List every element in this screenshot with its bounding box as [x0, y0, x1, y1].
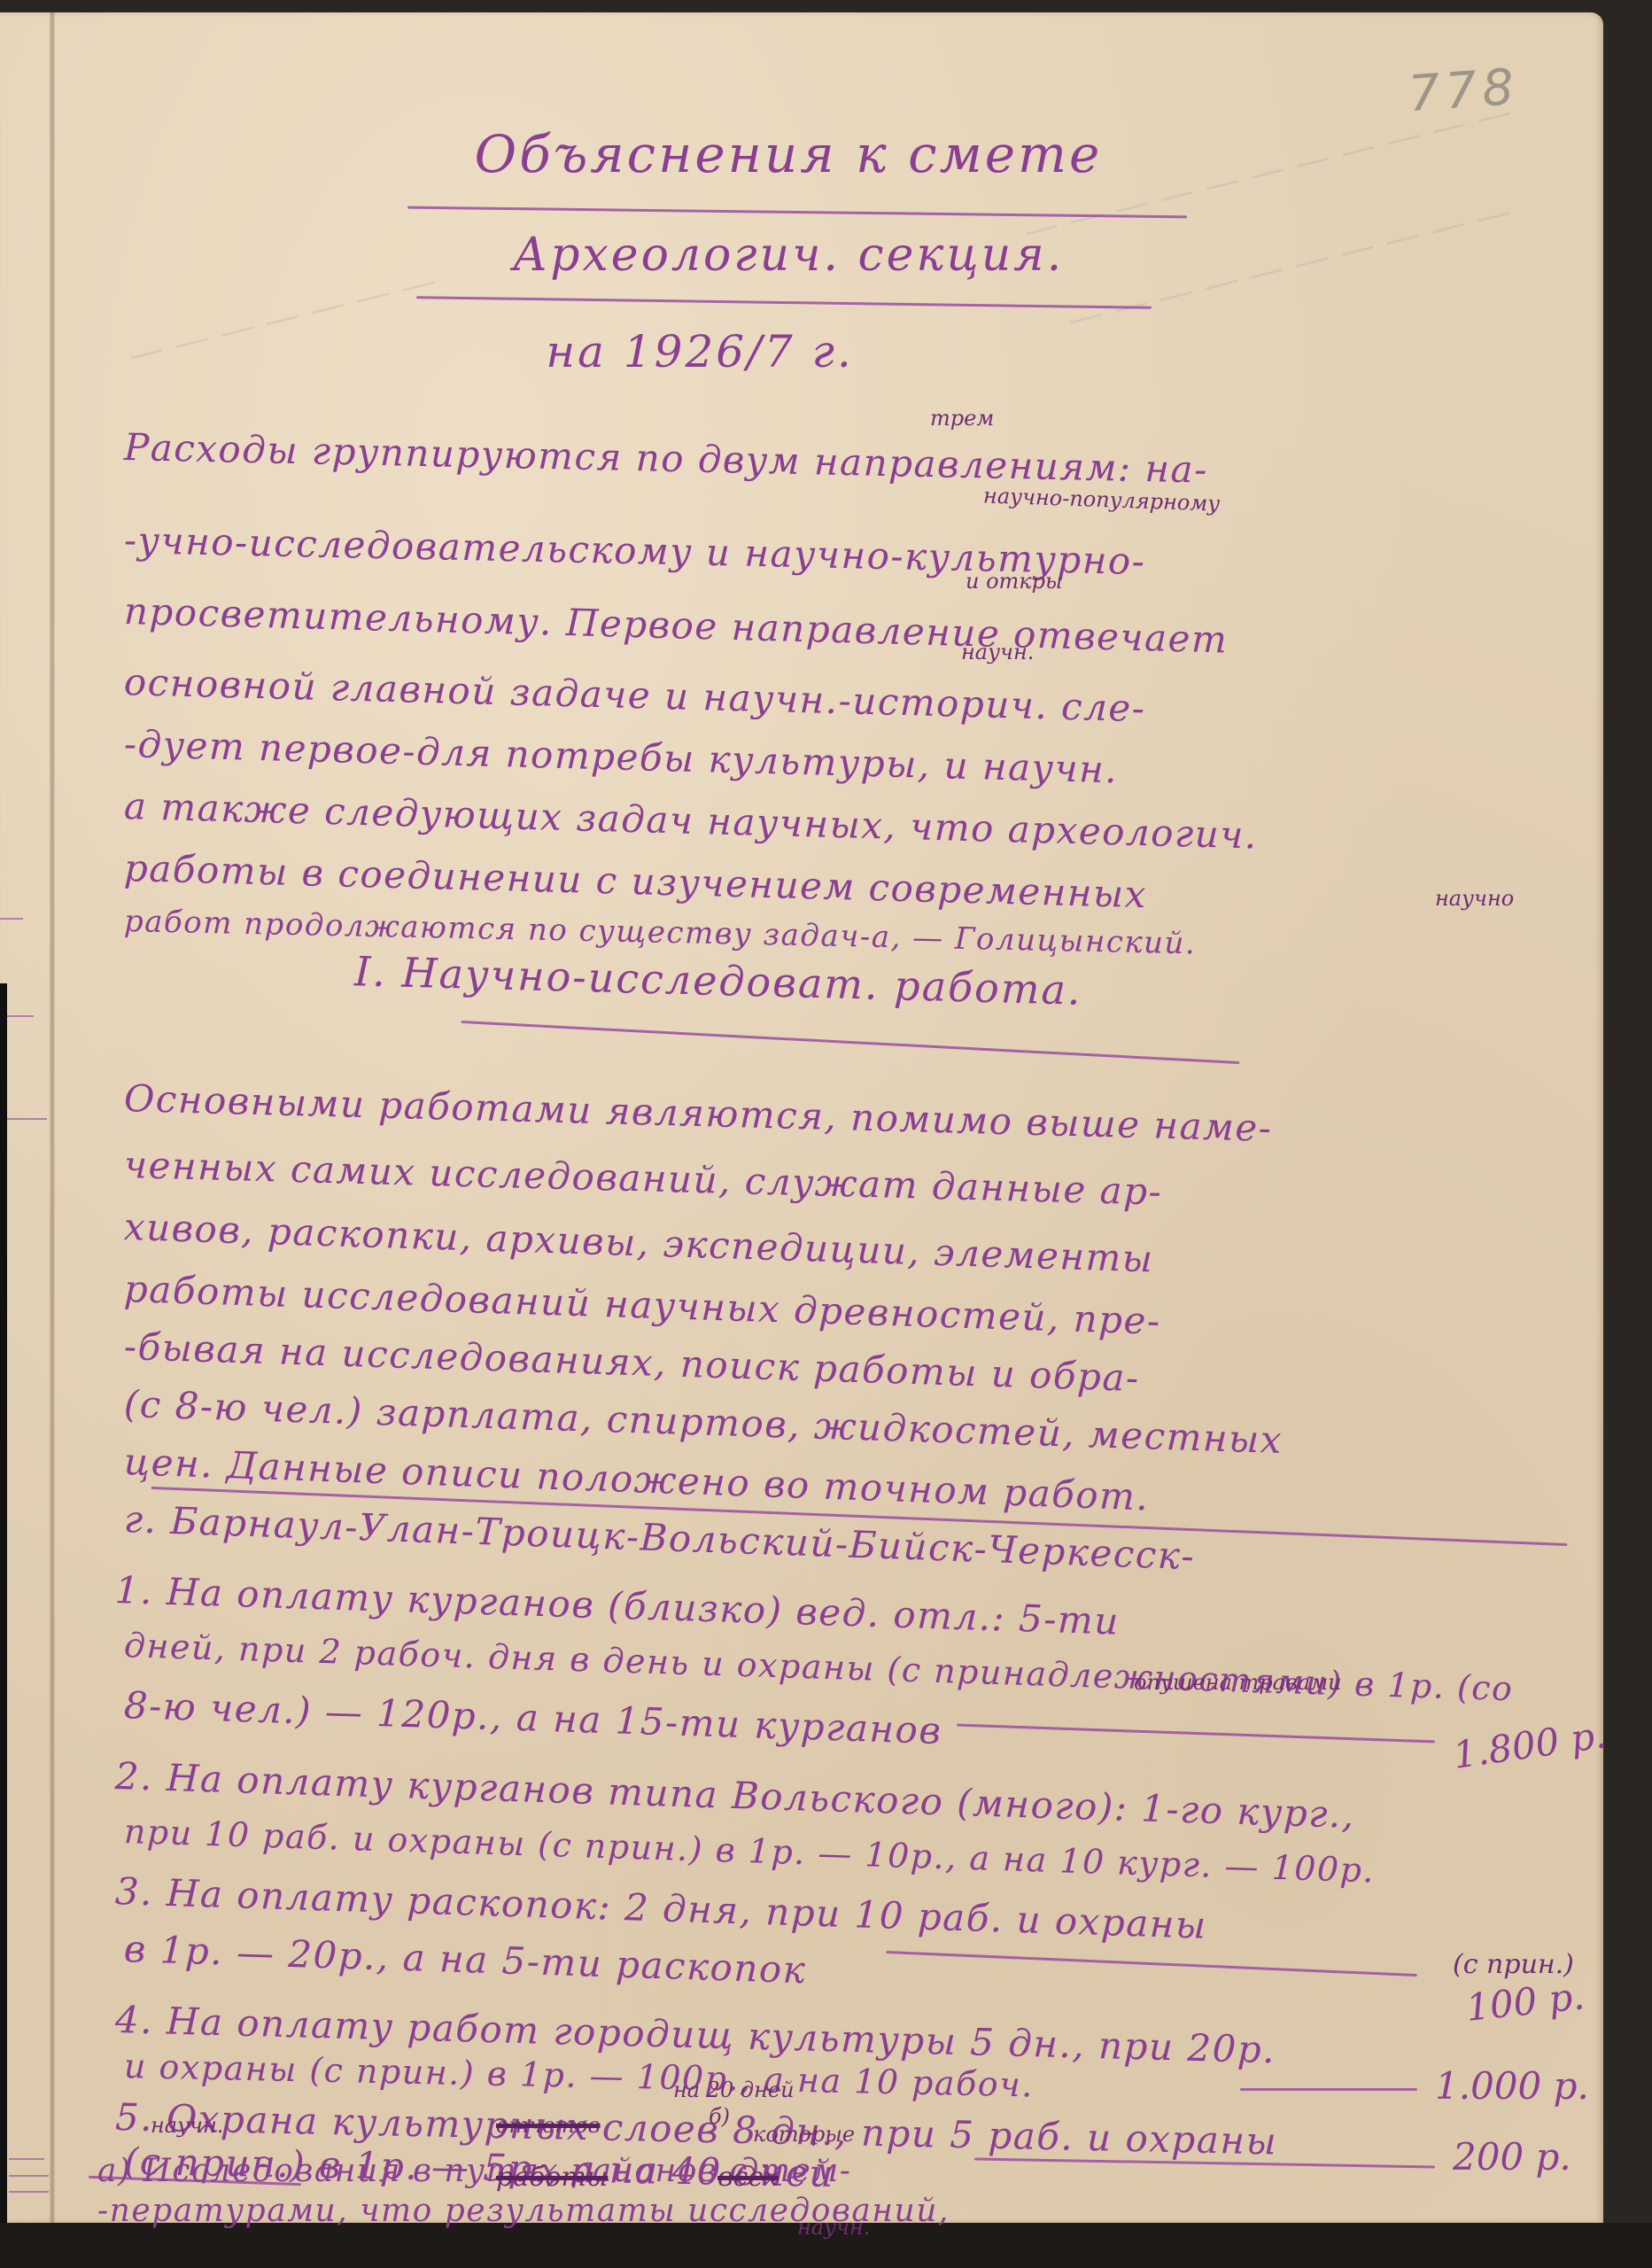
document-title: Объяснения к смете [390, 124, 1187, 184]
struck-word: всех [717, 2162, 779, 2193]
margin-tick [0, 918, 23, 920]
annotation-insert: которые [753, 2122, 855, 2147]
scan-border-top [0, 0, 1652, 12]
annotation-insert: (с прин.) [1453, 1949, 1574, 1980]
annotation-insert: научн. [961, 640, 1034, 664]
item-number: 3. [114, 1869, 154, 1914]
annotation-insert: научн. [797, 2215, 870, 2240]
footnote-line: а) Исследования в путях районов с тем- [97, 2153, 1586, 2189]
annotation-insert: научн. [151, 2113, 223, 2138]
item-4-amount: 1.000 р. [1435, 2064, 1589, 2108]
amount-leader-line [1240, 2088, 1417, 2091]
item-number: 1. [114, 1568, 154, 1612]
margin-tick [9, 2175, 49, 2177]
item-number: 2. [114, 1754, 154, 1798]
margin-tick [7, 1118, 47, 1120]
document-year: на 1926/7 г. [478, 326, 921, 377]
annotation-insert: и откры [966, 569, 1063, 594]
annotation-insert: трем [930, 406, 994, 431]
document-subtitle: Археологич. секция. [390, 229, 1187, 282]
margin-tick [9, 2191, 49, 2193]
scan-shadow-left [0, 983, 7, 2224]
margin-tick [7, 1015, 34, 1017]
annotation-insert: научно [1435, 886, 1514, 911]
annotation-insert: опушена травами [1134, 1670, 1342, 1695]
folio-number: 778 [1407, 58, 1521, 124]
struck-word: работы [496, 2162, 608, 2193]
page-fold-line [50, 12, 55, 2223]
item-number: 5. [114, 2095, 153, 2140]
struck-word: отчетов [496, 2113, 601, 2138]
annotation-insert: на 20 дней [673, 2078, 795, 2102]
item-number: 4. [114, 1998, 153, 2042]
margin-tick [9, 2158, 44, 2160]
annotation-insert: б) [709, 2104, 730, 2129]
